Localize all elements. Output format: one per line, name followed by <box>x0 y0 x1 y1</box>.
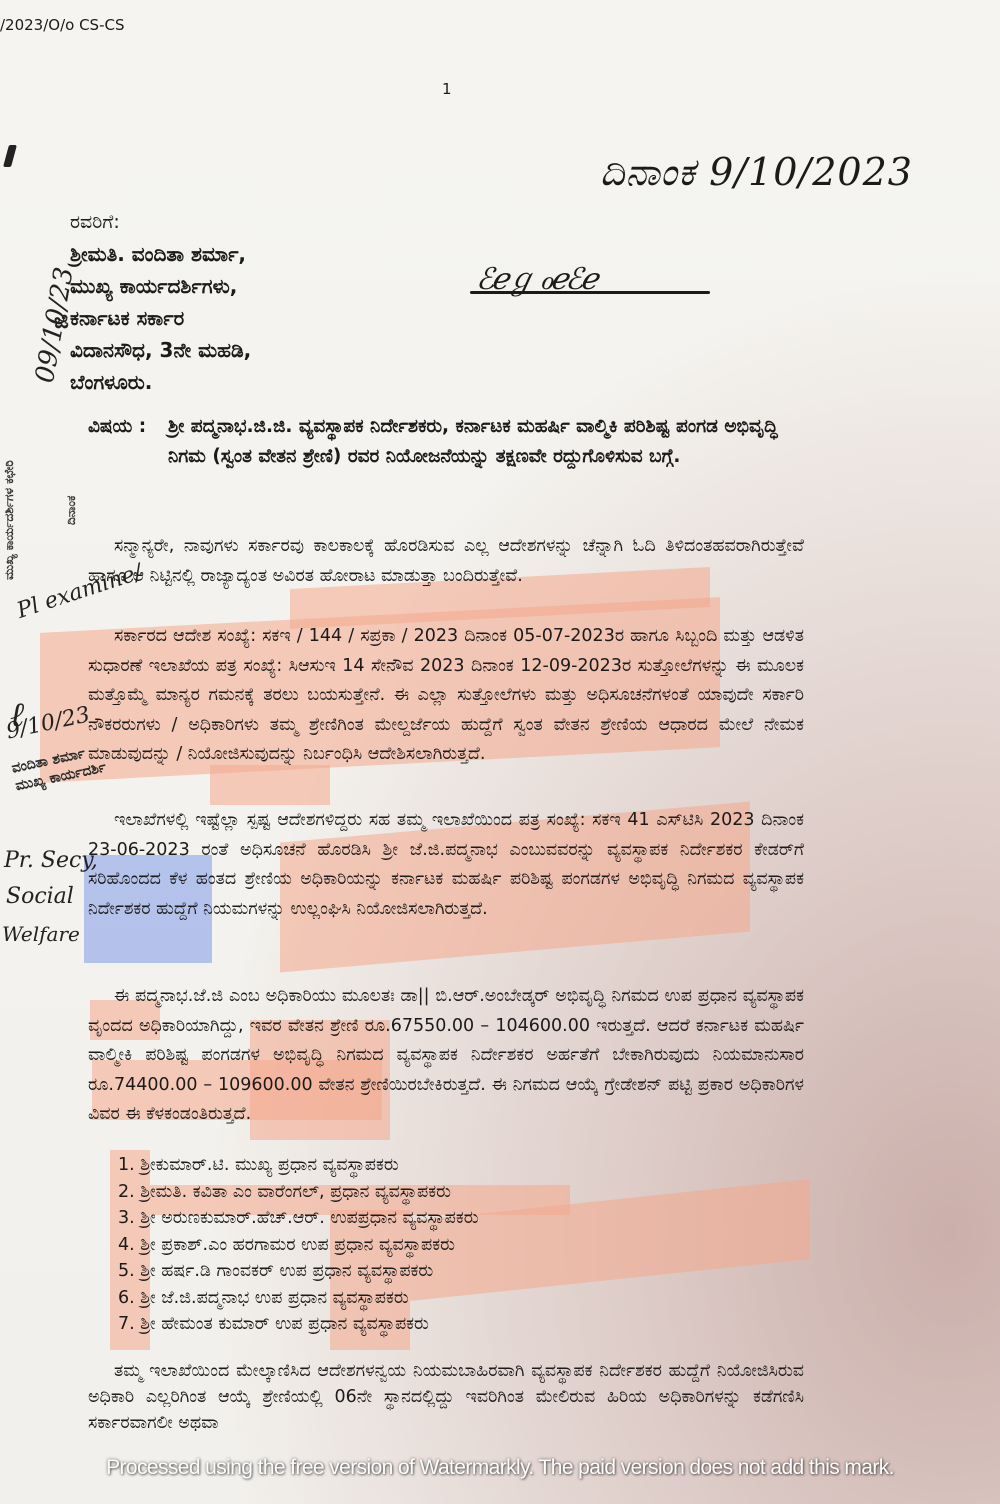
list-item: 4. ಶ್ರೀ ಪ್ರಕಾಶ್.ಎಂ ಹರಗಾಮರ ಉಪ ಪ್ರಧಾನ ವ್ಯವ… <box>118 1232 479 1259</box>
watermark-text: Processed using the free version of Wate… <box>0 1456 1000 1480</box>
note-social: Social <box>6 884 74 909</box>
officers-list: 1. ಶ್ರೀಕುಮಾರ್.ಟಿ. ಮುಖ್ಯ ಪ್ರಧಾನ ವ್ಯವಸ್ಥಾಪ… <box>118 1152 479 1338</box>
signature-underline <box>470 291 710 294</box>
addressee-line: ವಿದಾನಸೌಧ, 3ನೇ ಮಹಡಿ, <box>70 334 251 366</box>
receipt-stamp-text: ಮುಖ್ಯ ಕಾರ್ಯದರ್ಶಿಗಳ ಕಛೇರಿ <box>2 290 16 580</box>
note-welfare: Welfare <box>2 922 80 946</box>
signature: ℰℯℊ ℴℯℰℯ <box>470 252 710 296</box>
receipt-date-label: ದಿನಾಂಕ <box>64 455 78 525</box>
highlight-block <box>210 765 330 805</box>
subject-block: ವಿಷಯ :ಶ್ರೀ ಪದ್ಮನಾಭ.ಜಿ.ಜಿ. ವ್ಯವಸ್ಥಾಪಕ ನಿರ… <box>88 412 808 472</box>
paragraph: ಈ ಪದ್ಮನಾಭ.ಜೆ.ಜಿ ಎಂಬ ಅಧಿಕಾರಿಯು ಮೂಲತಃ ಡಾ||… <box>88 982 804 1130</box>
addressee-to: ರವರಿಗೆ: <box>70 206 251 238</box>
list-item: 2. ಶ್ರೀಮತಿ. ಕವಿತಾ ಎಂ ವಾರೆಂಗಲ್, ಪ್ರಧಾನ ವ್… <box>118 1179 479 1206</box>
addressee-line: ಕರ್ನಾಟಕ ಸರ್ಕಾರ <box>70 302 251 334</box>
page-number: 1 <box>442 80 452 98</box>
paragraph-text: ಸನ್ಮಾನ್ಯರೇ, ನಾವುಗಳು ಸರ್ಕಾರವು ಕಾಲಕಾಲಕ್ಕೆ … <box>88 536 804 586</box>
addressee-line: ಮುಖ್ಯ ಕಾರ್ಯದರ್ಶಿಗಳು, <box>70 270 251 302</box>
list-item: 1. ಶ್ರೀಕುಮಾರ್.ಟಿ. ಮುಖ್ಯ ಪ್ರಧಾನ ವ್ಯವಸ್ಥಾಪ… <box>118 1152 479 1179</box>
addressee-line: ಶ್ರೀಮತಿ. ವಂದಿತಾ ಶರ್ಮಾ, <box>70 238 251 270</box>
handwritten-date: ದಿನಾಂಕ 9/10/2023 <box>600 150 913 195</box>
paragraph: ಇಲಾಖೆಗಳಲ್ಲಿ ಇಷ್ಟೆಲ್ಲಾ ಸ್ಪಷ್ಟ ಆದೇಶಗಳಿದ್ದರ… <box>88 806 804 924</box>
paragraph-text: ಇಲಾಖೆಗಳಲ್ಲಿ ಇಷ್ಟೆಲ್ಲಾ ಸ್ಪಷ್ಟ ಆದೇಶಗಳಿದ್ದರ… <box>88 810 804 919</box>
list-item: 3. ಶ್ರೀ ಅರುಣಕುಮಾರ್.ಹೆಚ್.ಆರ್. ಉಪಪ್ರಧಾನ ವ್… <box>118 1205 479 1232</box>
addressee-line: ಬೆಂಗಳೂರು. <box>70 366 251 398</box>
paragraph-text: ಸರ್ಕಾರದ ಆದೇಶ ಸಂಖ್ಯೆ: ಸಕಇ / 144 / ಸಪ್ರಕಾ … <box>88 626 804 764</box>
paragraph: ಸರ್ಕಾರದ ಆದೇಶ ಸಂಖ್ಯೆ: ಸಕಇ / 144 / ಸಪ್ರಕಾ … <box>88 622 804 770</box>
list-item: 6. ಶ್ರೀ ಜೆ.ಜಿ.ಪದ್ಮನಾಭ ಉಪ ಪ್ರಧಾನ ವ್ಯವಸ್ಥಾ… <box>118 1285 479 1312</box>
paragraph-text: ಈ ಪದ್ಮನಾಭ.ಜೆ.ಜಿ ಎಂಬ ಅಧಿಕಾರಿಯು ಮೂಲತಃ ಡಾ||… <box>88 986 804 1124</box>
note-pr-secy: Pr. Secy, <box>4 848 98 873</box>
file-reference: /2023/O/o CS-CS <box>0 16 125 34</box>
list-item: 5. ಶ್ರೀ ಹರ್ಷ.ಡಿ ಗಾಂವಕರ್ ಉಪ ಪ್ರಧಾನ ವ್ಯವಸ್… <box>118 1258 479 1285</box>
addressee-block: ರವರಿಗೆ: ಶ್ರೀಮತಿ. ವಂದಿತಾ ಶರ್ಮಾ, ಮುಖ್ಯ ಕಾರ… <box>70 206 251 398</box>
paragraph: ಸನ್ಮಾನ್ಯರೇ, ನಾವುಗಳು ಸರ್ಕಾರವು ಕಾಲಕಾಲಕ್ಕೆ … <box>88 532 804 591</box>
subject-label: ವಿಷಯ : <box>88 412 168 442</box>
list-item: 7. ಶ್ರೀ ಹೇಮಂತ ಕುಮಾರ್ ಉಪ ಪ್ರಧಾನ ವ್ಯವಸ್ಥಾಪ… <box>118 1311 479 1338</box>
paragraph-text: ತಮ್ಮ ಇಲಾಖೆಯಿಂದ ಮೇಲ್ಕಾಣಿಸಿದ ಆದೇಶಗಳನ್ವಯ ನಿ… <box>88 1361 804 1433</box>
paragraph: ತಮ್ಮ ಇಲಾಖೆಯಿಂದ ಮೇಲ್ಕಾಣಿಸಿದ ಆದೇಶಗಳನ್ವಯ ನಿ… <box>88 1358 804 1436</box>
subject-text: ಶ್ರೀ ಪದ್ಮನಾಭ.ಜಿ.ಜಿ. ವ್ಯವಸ್ಥಾಪಕ ನಿರ್ದೇಶಕರ… <box>168 412 798 472</box>
